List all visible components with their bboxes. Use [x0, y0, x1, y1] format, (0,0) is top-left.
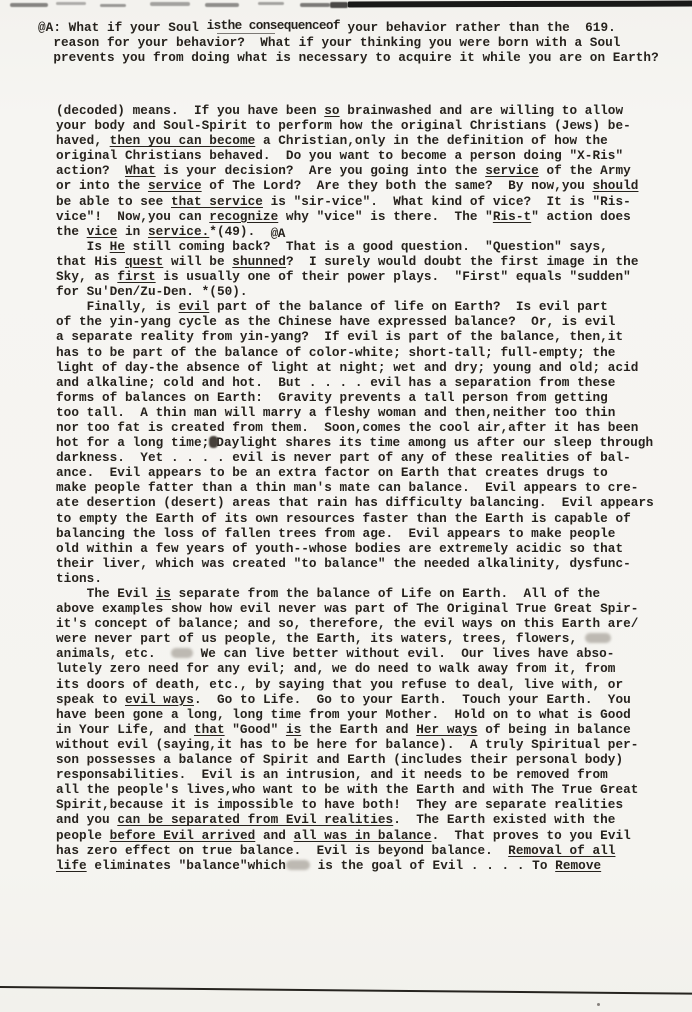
inserted-text: isthe consequenceof	[207, 18, 340, 33]
body-text-line: a separate reality from yin-yang? If evi…	[56, 329, 654, 344]
underlined-text: service.	[148, 224, 209, 239]
body-text-line: and you can be separated from Evil reali…	[56, 812, 654, 827]
text-run: or into the	[56, 178, 148, 193]
text-run: . That proves to you Evil	[432, 828, 631, 843]
text-run: the	[56, 224, 87, 239]
text-run: in	[117, 224, 148, 239]
body-text-line: Finally, is evil part of the balance of …	[56, 299, 654, 314]
underlined-text: recognize	[209, 209, 278, 224]
body-text-line: Sky, as first is usually one of their po…	[56, 269, 654, 284]
body-text-line: of the yin-yang cycle as the Chinese hav…	[56, 314, 654, 329]
text-run: of the yin-yang cycle as the Chinese hav…	[56, 314, 615, 329]
text-run: is "sir-vice". What kind of vice? It is …	[263, 194, 631, 209]
text-run: reason for your behavior? What if your t…	[38, 35, 620, 50]
body-text-line: ance. Evil appears to be an extra factor…	[56, 465, 654, 480]
body-text-line: light of day-the absence of light at nig…	[56, 360, 654, 375]
text-run: " action does	[531, 209, 631, 224]
text-run: your body and Soul-Spirit to perform how…	[56, 118, 631, 133]
text-run: your behavior rather than the	[340, 20, 585, 35]
underlined-text: Her ways	[416, 722, 477, 737]
body-text-line: for Su'Den/Zu-Den. *(50).	[56, 284, 654, 299]
underlined-text: Remove	[555, 858, 601, 873]
page-body: (decoded) means. If you have been so bra…	[56, 103, 654, 873]
scan-artifact-bottom	[0, 986, 692, 995]
text-run: The Evil	[56, 586, 156, 601]
underlined-text: evil	[179, 299, 210, 314]
body-text-line: life eliminates "balance"which is the go…	[56, 858, 654, 873]
text-run: We can live better without evil. Our liv…	[193, 646, 615, 661]
text-run: eliminates "balance"which	[87, 858, 286, 873]
text-run: to empty the Earth of its own resources …	[56, 511, 631, 526]
body-text-line: were never part of us people, the Earth,…	[56, 631, 654, 646]
text-run: has to be part of the balance of color-w…	[56, 345, 615, 360]
body-text-line: and alkaline; cold and hot. But . . . . …	[56, 375, 654, 390]
text-run: be able to see	[56, 194, 171, 209]
text-run: Daylight shares its time among us after …	[216, 435, 653, 450]
text-run: make people fatter than a thin man's mat…	[56, 480, 638, 495]
text-run: ate desertion (desert) areas that rain h…	[56, 495, 654, 510]
text-run: @A: What if your Soul	[38, 20, 207, 35]
body-text-line: ate desertion (desert) areas that rain h…	[56, 495, 654, 510]
underlined-text: then you can become	[110, 133, 256, 148]
body-text-line: tions.	[56, 571, 654, 586]
underlined-text: is	[286, 722, 301, 737]
body-text-line: animals, etc. We can live better without…	[56, 646, 654, 661]
text-run: is the goal of Evil . . . . To	[310, 858, 555, 873]
text-run: old within a few years of youth--whose b…	[56, 541, 623, 556]
body-text-line: be able to see that service is "sir-vice…	[56, 194, 654, 209]
text-run: Sky, as	[56, 269, 117, 284]
scan-edge-bar	[348, 1, 692, 8]
text-run: responsabilities. Evil is an intrusion, …	[56, 767, 608, 782]
text-run: original Christians behaved. Do you want…	[56, 148, 623, 163]
text-run: that His	[56, 254, 125, 269]
text-run: and alkaline; cold and hot. But . . . . …	[56, 375, 615, 390]
underlined-text: vice	[87, 224, 118, 239]
whiteout-smudge-mark	[171, 648, 193, 658]
underlined-text: first	[117, 269, 155, 284]
text-run: still coming back? That is a good questi…	[125, 239, 608, 254]
body-text-line: The Evil is separate from the balance of…	[56, 586, 654, 601]
body-text-line: make people fatter than a thin man's mat…	[56, 480, 654, 495]
text-run: animals, etc.	[56, 646, 171, 661]
text-run: above examples show how evil never was p…	[56, 601, 638, 616]
whiteout-smudge-mark	[286, 860, 310, 870]
ink-blot-mark	[209, 436, 218, 448]
scan-smudge	[56, 2, 86, 5]
text-run: light of day-the absence of light at nig…	[56, 360, 638, 375]
body-text-line: Is He still coming back? That is a good …	[56, 239, 654, 254]
header-text-line: prevents you from doing what is necessar…	[38, 50, 659, 65]
text-run: forms of balances on Earth: Gravity prev…	[56, 390, 608, 405]
underlined-text: What	[125, 163, 156, 178]
scan-smudge	[258, 2, 284, 5]
text-run: have been gone a long, long time from yo…	[56, 707, 631, 722]
text-run: (decoded) means. If you have been	[56, 103, 324, 118]
body-text-line: your body and Soul-Spirit to perform how…	[56, 118, 654, 133]
body-text-line: too tall. A thin man will marry a fleshy…	[56, 405, 654, 420]
body-text-line: Spirit,because it is impossible to have …	[56, 797, 654, 812]
body-text-line: their liver, which was created "to balan…	[56, 556, 654, 571]
underlined-text: so	[324, 103, 339, 118]
text-run: for Su'Den/Zu-Den. *(50).	[56, 284, 248, 299]
underlined-text: is	[156, 586, 171, 601]
body-text-line: (decoded) means. If you have been so bra…	[56, 103, 654, 118]
underlined-text: life	[56, 858, 87, 873]
text-run: will be	[163, 254, 232, 269]
body-text-line: has zero effect on true balance. Evil is…	[56, 843, 654, 858]
underlined-text: that	[194, 722, 225, 737]
scan-smudge	[10, 3, 48, 7]
text-run: action?	[56, 163, 125, 178]
text-run: tions.	[56, 571, 102, 586]
underlined-text: service	[485, 163, 539, 178]
underlined-text: should	[592, 178, 638, 193]
text-run: hot for a long time;	[56, 435, 209, 450]
header-text-line: reason for your behavior? What if your t…	[38, 35, 659, 50]
text-run: is your decision? Are you going into the	[156, 163, 486, 178]
text-run: its doors of death, etc., by saying that…	[56, 677, 623, 692]
scan-smudge	[330, 2, 348, 8]
body-text-line: hot for a long time;Daylight shares its …	[56, 435, 654, 450]
text-run: ? I surely would doubt the first image i…	[286, 254, 639, 269]
text-run: lutely zero need for any evil; and, we d…	[56, 661, 615, 676]
body-text-line: lutely zero need for any evil; and, we d…	[56, 661, 654, 676]
text-run: Is	[56, 239, 110, 254]
text-run: brainwashed and are willing to allow	[340, 103, 624, 118]
underlined-text: that service	[171, 194, 263, 209]
underlined-text: evil ways	[125, 692, 194, 707]
body-text-line: balancing the loss of fallen trees from …	[56, 526, 654, 541]
question-header: @A: What if your Soul isthe consequenceo…	[38, 20, 659, 65]
underlined-text: service	[148, 178, 202, 193]
text-run: the Earth and	[301, 722, 416, 737]
whiteout-smudge-mark	[585, 633, 611, 643]
text-run: prevents you from doing what is necessar…	[38, 50, 659, 65]
text-run: a separate reality from yin-yang? If evi…	[56, 329, 623, 344]
text-run: of the Army	[539, 163, 631, 178]
body-text-line: forms of balances on Earth: Gravity prev…	[56, 390, 654, 405]
text-run: a Christian,only in the definition of ho…	[255, 133, 608, 148]
text-run: *(49).	[209, 224, 270, 239]
body-text-line: speak to evil ways. Go to Life. Go to yo…	[56, 692, 654, 707]
body-text-line: or into the service of The Lord? Are the…	[56, 178, 654, 193]
scan-smudge	[150, 2, 190, 6]
body-text-line: has to be part of the balance of color-w…	[56, 345, 654, 360]
underlined-text: Ris-t	[493, 209, 531, 224]
text-run: people	[56, 828, 110, 843]
text-run: too tall. A thin man will marry a fleshy…	[56, 405, 615, 420]
text-run: Finally, is	[56, 299, 179, 314]
body-text-line: action? What is your decision? Are you g…	[56, 163, 654, 178]
text-run: "Good"	[225, 722, 286, 737]
underlined-text: shunned	[232, 254, 286, 269]
body-text-line: the vice in service.*(49). @A	[56, 224, 654, 239]
text-run: in Your Life, and	[56, 722, 194, 737]
body-text-line: all the people's lives,who want to be wi…	[56, 782, 654, 797]
body-text-line: vice"! Now,you can recognize why "vice" …	[56, 209, 654, 224]
body-text-line: nor too fat is created from them. Soon,c…	[56, 420, 654, 435]
text-run: Spirit,because it is impossible to have …	[56, 797, 623, 812]
body-text-line: in Your Life, and that "Good" is the Ear…	[56, 722, 654, 737]
page-number: 619.	[585, 20, 616, 35]
body-text-line: darkness. Yet . . . . evil is never part…	[56, 450, 654, 465]
scanned-page: @A: What if your Soul isthe consequenceo…	[0, 0, 692, 1012]
body-text-line: original Christians behaved. Do you want…	[56, 148, 654, 163]
text-run: speak to	[56, 692, 125, 707]
text-run: son possesses a balance of Spirit and Ea…	[56, 752, 623, 767]
body-text-line: it's concept of balance; and so, therefo…	[56, 616, 654, 631]
underlined-text: before Evil arrived	[110, 828, 256, 843]
text-run: has zero effect on true balance. Evil is…	[56, 843, 508, 858]
text-run: all the people's lives,who want to be wi…	[56, 782, 638, 797]
body-text-line: people before Evil arrived and all was i…	[56, 828, 654, 843]
body-text-line: haved, then you can become a Christian,o…	[56, 133, 654, 148]
text-run: darkness. Yet . . . . evil is never part…	[56, 450, 631, 465]
text-run: separate from the balance of Life on Ear…	[171, 586, 600, 601]
body-text-line: its doors of death, etc., by saying that…	[56, 677, 654, 692]
text-run: without evil (saying,it has to be here f…	[56, 737, 638, 752]
text-run: of The Lord? Are they both the same? By …	[202, 178, 593, 193]
underlined-text: Removal of all	[508, 843, 615, 858]
text-run: . Go to Life. Go to your Earth. Touch yo…	[194, 692, 631, 707]
body-text-line: above examples show how evil never was p…	[56, 601, 654, 616]
text-run: of being in balance	[478, 722, 631, 737]
text-run: haved,	[56, 133, 110, 148]
body-text-line: to empty the Earth of its own resources …	[56, 511, 654, 526]
annotation-marker: @A	[271, 226, 285, 241]
scan-smudge	[100, 4, 126, 7]
text-run: . The Earth existed with the	[393, 812, 615, 827]
underlined-text: can be separated from Evil realities	[117, 812, 393, 827]
body-text-line: have been gone a long, long time from yo…	[56, 707, 654, 722]
underlined-text: quest	[125, 254, 163, 269]
scan-smudge	[300, 3, 330, 7]
text-run: it's concept of balance; and so, therefo…	[56, 616, 638, 631]
text-run: vice"! Now,you can	[56, 209, 209, 224]
text-run: nor too fat is created from them. Soon,c…	[56, 420, 638, 435]
text-run: were never part of us people, the Earth,…	[56, 631, 585, 646]
text-run: their liver, which was created "to balan…	[56, 556, 631, 571]
text-run: is usually one of their power plays. "Fi…	[156, 269, 631, 284]
text-run: why "vice" is there. The "	[278, 209, 493, 224]
body-text-line: responsabilities. Evil is an intrusion, …	[56, 767, 654, 782]
text-run: and you	[56, 812, 117, 827]
text-run: ance. Evil appears to be an extra factor…	[56, 465, 608, 480]
text-run: part of the balance of life on Earth? Is…	[209, 299, 608, 314]
body-text-line: that His quest will be shunned? I surely…	[56, 254, 654, 269]
body-text-line: son possesses a balance of Spirit and Ea…	[56, 752, 654, 767]
text-run: and	[255, 828, 293, 843]
underlined-text: He	[110, 239, 125, 254]
body-text-line: without evil (saying,it has to be here f…	[56, 737, 654, 752]
header-text-line: @A: What if your Soul isthe consequenceo…	[38, 20, 659, 35]
text-run: balancing the loss of fallen trees from …	[56, 526, 615, 541]
underlined-text: all was in balance	[294, 828, 432, 843]
scan-speck	[597, 1003, 600, 1006]
scan-smudge	[205, 3, 239, 7]
body-text-line: old within a few years of youth--whose b…	[56, 541, 654, 556]
